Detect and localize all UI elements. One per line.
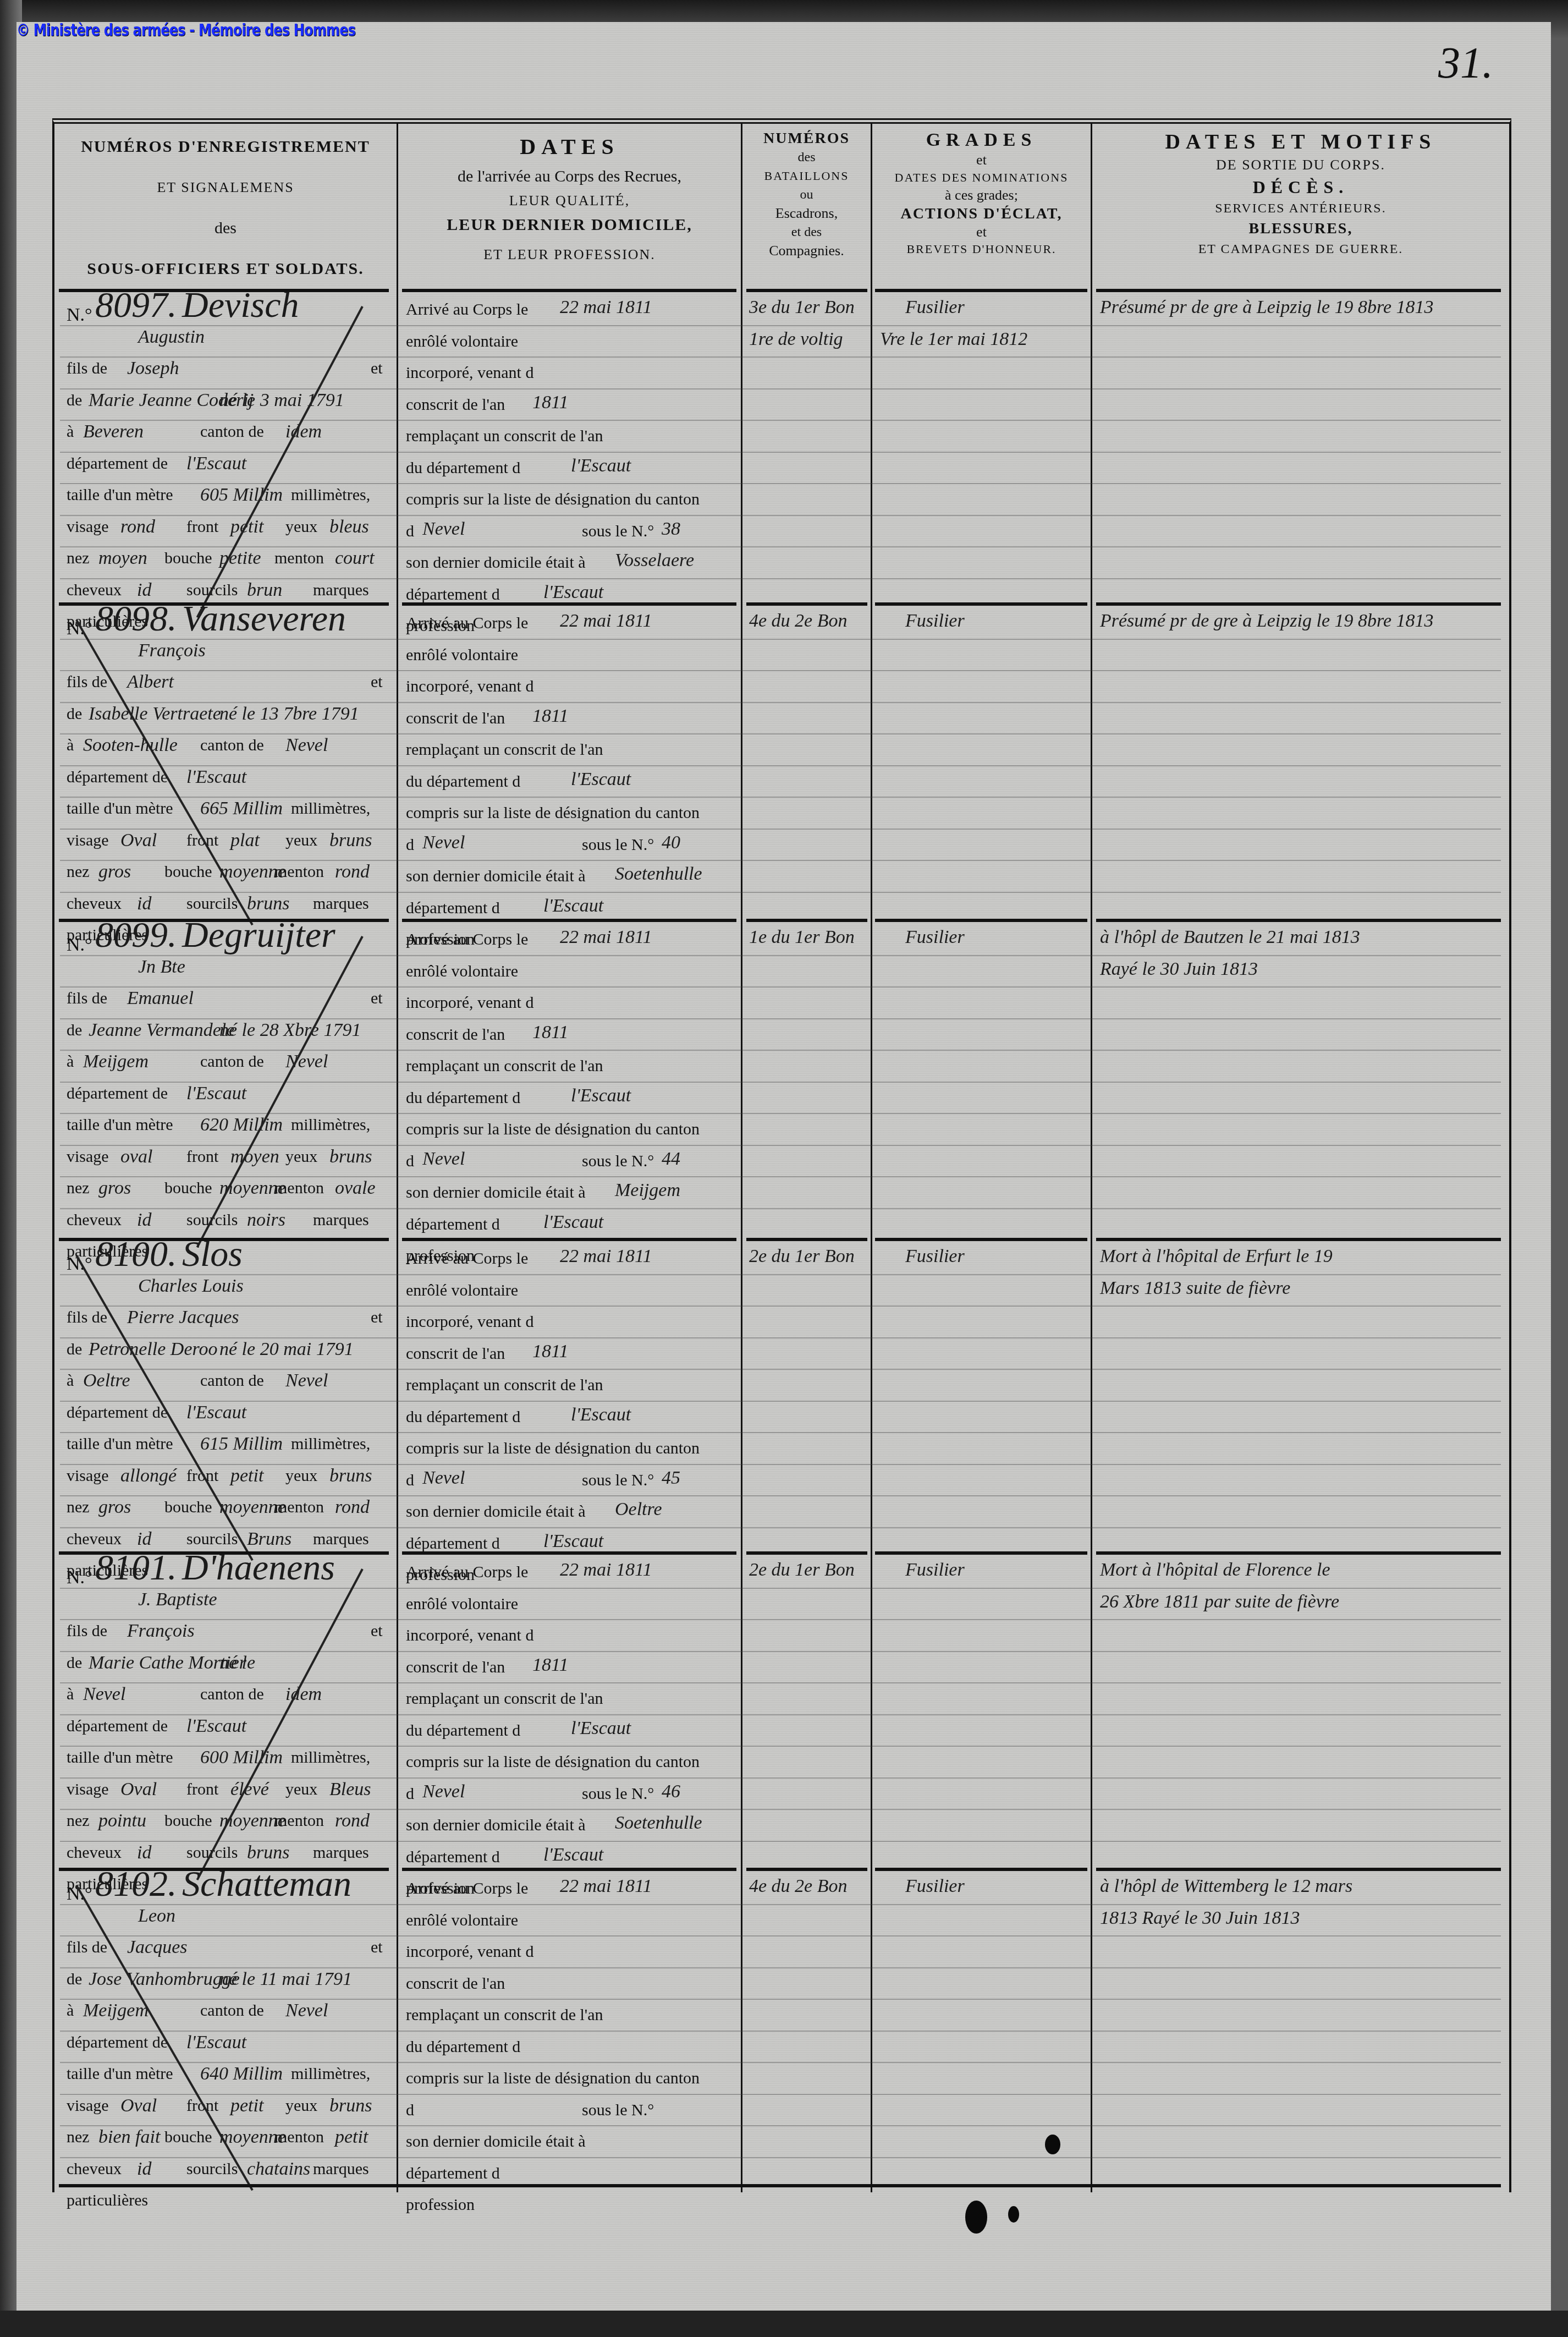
grade-cell: FusilierVre le 1er mai 1812 (872, 289, 1091, 602)
label-particulieres: particulières (67, 2191, 148, 2210)
table-row: N.°8099.DegruijterJn Btefils deEmanuelet… (54, 919, 1509, 1232)
label-domicile-department: département d (406, 585, 500, 605)
grade-cell: Fusilier (872, 1551, 1091, 1865)
label-de: de (67, 1653, 82, 1673)
last-domicile: Oeltre (615, 1500, 662, 1519)
label-et: et (371, 989, 383, 1008)
replaced-department: l'Escaut (571, 1405, 631, 1425)
label-conscript: conscrit de l'an (406, 1344, 505, 1364)
label-canton: canton de (200, 736, 264, 755)
label-department: département de (67, 767, 168, 787)
label-menton: menton (274, 1497, 324, 1517)
label-replacing: remplaçant un conscrit de l'an (406, 1689, 603, 1709)
yeux: bruns (329, 1466, 372, 1486)
arrival-date: 22 mai 1811 (560, 298, 652, 317)
label-cheveux: cheveux (67, 894, 122, 914)
last-domicile: Soetenhulle (615, 1813, 702, 1833)
label-designation-list: compris sur la liste de désignation du c… (406, 1752, 700, 1772)
label-yeux: yeux (285, 831, 317, 851)
number-label: N.° (67, 305, 92, 325)
replaced-department: l'Escaut (571, 456, 631, 476)
table-row: N.°8100.SlosCharles Louisfils dePierre J… (54, 1238, 1509, 1551)
register-table: NUMÉROS D'ENREGISTREMENT ET SIGNALEMENS … (52, 118, 1511, 2192)
arrival-date: 22 mai 1811 (560, 1560, 652, 1580)
soldier-description-cell: N.°8099.DegruijterJn Btefils deEmanuelet… (54, 919, 397, 1232)
arrival-date: 22 mai 1811 (560, 611, 652, 631)
label-nez: nez (67, 548, 90, 568)
battalion-cell: 4e du 2e Bon (742, 602, 871, 916)
grade-cell: Fusilier (872, 1868, 1091, 2181)
grade: Fusilier (905, 298, 965, 317)
replaced-department: l'Escaut (571, 1086, 631, 1106)
label-canton: canton de (200, 1052, 264, 1072)
label-yeux: yeux (285, 1466, 317, 1486)
grade-cell: Fusilier (872, 919, 1091, 1232)
domicile-department: l'Escaut (543, 1213, 603, 1232)
father-name: Albert (127, 672, 174, 692)
height: 605 Millim (200, 485, 283, 505)
given-name: François (138, 641, 206, 661)
label-yeux: yeux (285, 1147, 317, 1167)
conscript-year: 1811 (532, 1023, 568, 1043)
father-name: Emanuel (127, 989, 194, 1008)
list-canton: Nevel (422, 833, 465, 853)
birth-date: né le 11 mai 1791 (219, 1970, 352, 1989)
label-designation-list: compris sur la liste de désignation du c… (406, 1439, 700, 1458)
label-arrived: Arrivé au Corps le (406, 1879, 528, 1899)
battalion-cell: 2e du 1er Bon (742, 1238, 871, 1551)
label-cheveux: cheveux (67, 1843, 122, 1863)
exit-reason: Présumé pr de gre à Leipzig le 19 8bre 1… (1100, 298, 1434, 317)
label-d: d (406, 1784, 414, 1804)
birth-date: né le 28 Xbre 1791 (219, 1021, 361, 1040)
list-number: 45 (662, 1468, 680, 1488)
label-domicile-department: département d (406, 898, 500, 918)
yeux: Bleus (329, 1780, 371, 1800)
mother-name: Jose Vanhombrugge (89, 1970, 240, 1989)
label-de: de (67, 704, 82, 724)
label-a: à (67, 1052, 74, 1072)
label-menton: menton (274, 1811, 324, 1831)
birth-date: né le 3 mai 1791 (219, 391, 344, 410)
birth-place: Oeltre (83, 1371, 130, 1391)
label-profession: profession (406, 2195, 475, 2215)
label-millimetres: millimètres, (291, 2064, 370, 2084)
label-from-department: du département d (406, 2037, 520, 2057)
copyright-watermark: © Ministère des armées - Mémoire des Hom… (16, 21, 355, 40)
menton: petit (335, 2127, 368, 2147)
replaced-department: l'Escaut (571, 1719, 631, 1738)
conscript-year: 1811 (532, 1655, 568, 1675)
birth-place: Beveren (83, 422, 144, 442)
nez: gros (98, 862, 131, 882)
birth-date: né le (219, 1653, 255, 1673)
number-label: N.° (67, 935, 92, 955)
label-marques: marques (313, 1843, 369, 1863)
battalion-company: 4e du 2e Bon (749, 611, 847, 631)
label-replacing: remplaçant un conscrit de l'an (406, 2005, 603, 2025)
label-nez: nez (67, 862, 90, 882)
soldier-surname: Slos (182, 1244, 243, 1264)
nez: bien fait (98, 2127, 160, 2147)
list-canton: Nevel (422, 1468, 465, 1488)
nez: moyen (98, 548, 147, 568)
label-height: taille d'un mètre (67, 1115, 173, 1135)
battalion-company-line2: 1re de voltig (749, 330, 843, 349)
label-menton: menton (274, 1178, 324, 1198)
height: 615 Millim (200, 1434, 283, 1454)
given-name: Charles Louis (138, 1276, 244, 1296)
label-arrived: Arrivé au Corps le (406, 613, 528, 633)
label-millimetres: millimètres, (291, 485, 370, 505)
label-list-number: sous le N.° (582, 2100, 654, 2120)
number-label: N.° (67, 1254, 92, 1274)
exit-reason: Présumé pr de gre à Leipzig le 19 8bre 1… (1100, 611, 1434, 631)
label-arrived: Arrivé au Corps le (406, 300, 528, 320)
exit-reason: Mort à l'hôpital de Erfurt le 19 (1100, 1247, 1333, 1266)
label-a: à (67, 736, 74, 755)
registration-number: 8097. (95, 295, 177, 315)
label-fils-de: fils de (67, 1938, 107, 1957)
header-exit-reasons: DATES ET MOTIFS DE SORTIE DU CORPS. DÉCÈ… (1092, 124, 1509, 289)
label-visage: visage (67, 831, 109, 851)
yeux: bruns (329, 831, 372, 851)
list-number: 44 (662, 1149, 680, 1169)
label-domicile-department: département d (406, 1215, 500, 1235)
sourcils: noirs (247, 1210, 285, 1230)
label-from-department: du département d (406, 772, 520, 792)
battalion-cell: 2e du 1er Bon (742, 1551, 871, 1865)
label-conscript: conscrit de l'an (406, 1974, 505, 1994)
mother-name: Jeanne Vermandele (89, 1021, 234, 1040)
arrival-cell: Arrivé au Corps le22 mai 1811enrôlé volo… (398, 919, 741, 1232)
label-enrolled: enrôlé volontaire (406, 1281, 518, 1301)
registration-number: 8098. (95, 609, 177, 629)
label-domicile: son dernier domicile était à (406, 866, 586, 886)
visage: Oval (120, 1780, 157, 1800)
table-row: N.°8097.DevischAugustinfils deJosephetde… (54, 289, 1509, 602)
label-millimetres: millimètres, (291, 799, 370, 819)
label-de: de (67, 1970, 82, 1989)
list-canton: Nevel (422, 1149, 465, 1169)
number-label: N.° (67, 619, 92, 639)
label-bouche: bouche (164, 862, 212, 882)
battalion-cell: 4e du 2e Bon (742, 1868, 871, 2181)
nez: gros (98, 1497, 131, 1517)
label-replacing: remplaçant un conscrit de l'an (406, 740, 603, 760)
label-list-number: sous le N.° (582, 1151, 654, 1171)
label-yeux: yeux (285, 1780, 317, 1800)
label-front: front (186, 1780, 218, 1800)
label-cheveux: cheveux (67, 1210, 122, 1230)
label-incorporated: incorporé, venant d (406, 1312, 533, 1332)
label-department: département de (67, 1084, 168, 1104)
arrival-date: 22 mai 1811 (560, 928, 652, 947)
exit-reason-cell: à l'hôpl de Bautzen le 21 mai 1813Rayé l… (1092, 919, 1509, 1232)
replaced-department: l'Escaut (571, 770, 631, 789)
label-enrolled: enrôlé volontaire (406, 332, 518, 352)
birth-date: né le 20 mai 1791 (219, 1340, 354, 1359)
label-marques: marques (313, 2159, 369, 2179)
label-department: département de (67, 2033, 168, 2053)
label-yeux: yeux (285, 2096, 317, 2116)
front: petit (230, 1466, 263, 1486)
exit-reason-line2: Rayé le 30 Juin 1813 (1100, 959, 1258, 979)
department: l'Escaut (186, 767, 246, 787)
registration-number: 8100. (95, 1244, 177, 1264)
label-a: à (67, 2001, 74, 2021)
label-visage: visage (67, 1466, 109, 1486)
cheveux: id (137, 1529, 151, 1549)
canton: Nevel (285, 1371, 328, 1391)
birth-place: Nevel (83, 1685, 125, 1704)
table-row: N.°8098.VanseverenFrançoisfils deAlberte… (54, 602, 1509, 916)
canton: Nevel (285, 2001, 328, 2021)
label-domicile: son dernier domicile était à (406, 1815, 586, 1835)
grade: Fusilier (905, 1877, 965, 1896)
label-domicile-department: département d (406, 2164, 500, 2184)
label-sourcils: sourcils (186, 1529, 238, 1549)
label-height: taille d'un mètre (67, 485, 173, 505)
label-de: de (67, 391, 82, 410)
nez: gros (98, 1178, 131, 1198)
canton: Nevel (285, 736, 328, 755)
label-a: à (67, 1371, 74, 1391)
number-label: N.° (67, 1884, 92, 1904)
label-sourcils: sourcils (186, 2159, 238, 2179)
label-a: à (67, 1685, 74, 1704)
label-visage: visage (67, 1147, 109, 1167)
yeux: bleus (329, 517, 369, 537)
label-front: front (186, 517, 218, 537)
soldier-surname: Degruijter (182, 925, 335, 945)
label-et: et (371, 1308, 383, 1327)
label-yeux: yeux (285, 517, 317, 537)
grade-cell: Fusilier (872, 1238, 1091, 1551)
label-enrolled: enrôlé volontaire (406, 645, 518, 665)
yeux: bruns (329, 1147, 372, 1167)
father-name: François (127, 1621, 195, 1641)
label-millimetres: millimètres, (291, 1748, 370, 1768)
header-arrival-dates: DATES de l'arrivée au Corps des Recrues,… (398, 124, 741, 289)
last-domicile: Vosselaere (615, 551, 694, 570)
label-list-number: sous le N.° (582, 835, 654, 855)
label-nez: nez (67, 1497, 90, 1517)
label-fils-de: fils de (67, 1621, 107, 1641)
soldier-description-cell: N.°8101.D'haenensJ. Baptistefils deFranç… (54, 1551, 397, 1865)
list-canton: Nevel (422, 1782, 465, 1802)
mother-name: Petronelle Deroo (89, 1340, 217, 1359)
department: l'Escaut (186, 454, 246, 474)
label-fils-de: fils de (67, 672, 107, 692)
menton: rond (335, 1811, 370, 1831)
label-canton: canton de (200, 2001, 264, 2021)
label-visage: visage (67, 517, 109, 537)
table-row: N.°8101.D'haenensJ. Baptistefils deFranç… (54, 1551, 1509, 1865)
battalion-company: 2e du 1er Bon (749, 1247, 855, 1266)
header-registration-numbers: NUMÉROS D'ENREGISTREMENT ET SIGNALEMENS … (54, 124, 397, 289)
arrival-cell: Arrivé au Corps le22 mai 1811enrôlé volo… (398, 1238, 741, 1551)
label-replacing: remplaçant un conscrit de l'an (406, 1375, 603, 1395)
label-from-department: du département d (406, 1088, 520, 1108)
soldier-description-cell: N.°8098.VanseverenFrançoisfils deAlberte… (54, 602, 397, 916)
label-front: front (186, 1147, 218, 1167)
sourcils: brun (247, 580, 282, 600)
department: l'Escaut (186, 1403, 246, 1423)
label-list-number: sous le N.° (582, 1784, 654, 1804)
number-label: N.° (67, 1568, 92, 1588)
exit-reason-cell: à l'hôpl de Wittemberg le 12 mars1813 Ra… (1092, 1868, 1509, 2181)
label-enrolled: enrôlé volontaire (406, 1911, 518, 1930)
menton: rond (335, 862, 370, 882)
header-battalion-numbers: NUMÉROS des BATAILLONS ou Escadrons, et … (742, 124, 871, 289)
sourcils: bruns (247, 1843, 289, 1863)
exit-reason-cell: Présumé pr de gre à Leipzig le 19 8bre 1… (1092, 289, 1509, 602)
label-bouche: bouche (164, 548, 212, 568)
given-name: Augustin (138, 327, 205, 347)
label-et: et (371, 359, 383, 378)
department: l'Escaut (186, 1716, 246, 1736)
label-cheveux: cheveux (67, 1529, 122, 1549)
visage: oval (120, 1147, 153, 1167)
table-row: N.°8102.SchattemanLeonfils deJacquesetde… (54, 1868, 1509, 2181)
height: 640 Millim (200, 2064, 283, 2084)
department: l'Escaut (186, 1084, 246, 1104)
label-enrolled: enrôlé volontaire (406, 1594, 518, 1614)
label-millimetres: millimètres, (291, 1434, 370, 1454)
yeux: bruns (329, 2096, 372, 2116)
father-name: Jacques (127, 1938, 188, 1957)
given-name: Jn Bte (138, 957, 185, 977)
list-number: 40 (662, 833, 680, 853)
label-designation-list: compris sur la liste de désignation du c… (406, 803, 700, 823)
label-conscript: conscrit de l'an (406, 1658, 505, 1677)
ink-blot (1045, 2135, 1060, 2154)
battalion-company: 2e du 1er Bon (749, 1560, 855, 1580)
visage: Oval (120, 2096, 157, 2116)
header-grades: GRADES et DATES DES NOMINATIONS à ces gr… (872, 124, 1091, 289)
birth-place: Meijgem (83, 1052, 148, 1072)
nez: pointu (98, 1811, 146, 1831)
label-replacing: remplaçant un conscrit de l'an (406, 426, 603, 446)
domicile-department: l'Escaut (543, 583, 603, 602)
label-menton: menton (274, 548, 324, 568)
registration-number: 8101. (95, 1558, 177, 1578)
battalion-company: 3e du 1er Bon (749, 298, 855, 317)
father-name: Joseph (127, 359, 179, 378)
label-domicile: son dernier domicile était à (406, 1502, 586, 1522)
battalion-company: 4e du 2e Bon (749, 1877, 847, 1896)
label-visage: visage (67, 2096, 109, 2116)
visage: rond (120, 517, 155, 537)
soldier-description-cell: N.°8097.DevischAugustinfils deJosephetde… (54, 289, 397, 602)
label-a: à (67, 422, 74, 442)
label-d: d (406, 1151, 414, 1171)
cheveux: id (137, 1210, 151, 1230)
front: petit (230, 2096, 263, 2116)
menton: ovale (335, 1178, 376, 1198)
grade: Fusilier (905, 1560, 965, 1580)
conscript-year: 1811 (532, 393, 568, 413)
cheveux: id (137, 894, 151, 914)
conscript-year: 1811 (532, 706, 568, 726)
label-bouche: bouche (164, 1497, 212, 1517)
label-list-number: sous le N.° (582, 1471, 654, 1490)
grade-line2: Vre le 1er mai 1812 (880, 330, 1027, 349)
label-department: département de (67, 1716, 168, 1736)
list-canton: Nevel (422, 519, 465, 539)
last-domicile: Soetenhulle (615, 864, 702, 884)
label-d: d (406, 1471, 414, 1490)
label-fils-de: fils de (67, 989, 107, 1008)
birth-place: Meijgem (83, 2001, 148, 2021)
visage: Oval (120, 831, 157, 851)
given-name: J. Baptiste (138, 1590, 217, 1610)
cheveux: id (137, 2159, 151, 2179)
label-domicile: son dernier domicile était à (406, 2132, 586, 2152)
label-nez: nez (67, 1811, 90, 1831)
soldier-surname: Schatteman (182, 1874, 351, 1894)
soldier-surname: Devisch (182, 295, 299, 315)
front: plat (230, 831, 260, 851)
label-replacing: remplaçant un conscrit de l'an (406, 1056, 603, 1076)
label-bouche: bouche (164, 1811, 212, 1831)
exit-reason: à l'hôpl de Wittemberg le 12 mars (1100, 1877, 1352, 1896)
label-incorporated: incorporé, venant d (406, 1942, 533, 1962)
soldier-surname: Vanseveren (182, 609, 346, 629)
birth-place: Sooten-hulle (83, 736, 178, 755)
table-bottom-rule (59, 2184, 1501, 2187)
label-de: de (67, 1021, 82, 1040)
label-domicile-department: département d (406, 1534, 500, 1554)
visage: allongé (120, 1466, 177, 1486)
arrival-cell: Arrivé au Corps le22 mai 1811enrôlé volo… (398, 1551, 741, 1865)
label-domicile: son dernier domicile était à (406, 1183, 586, 1203)
label-height: taille d'un mètre (67, 1748, 173, 1768)
label-d: d (406, 2100, 414, 2120)
registration-number: 8099. (95, 925, 177, 945)
exit-reason: à l'hôpl de Bautzen le 21 mai 1813 (1100, 928, 1360, 947)
label-from-department: du département d (406, 1721, 520, 1741)
label-canton: canton de (200, 422, 264, 442)
label-designation-list: compris sur la liste de désignation du c… (406, 2069, 700, 2088)
list-number: 38 (662, 519, 680, 539)
cheveux: id (137, 1843, 151, 1863)
arrival-date: 22 mai 1811 (560, 1877, 652, 1896)
label-marques: marques (313, 1210, 369, 1230)
exit-reason-cell: Mort à l'hôpital de Erfurt le 19Mars 181… (1092, 1238, 1509, 1551)
sourcils: chatains (247, 2159, 310, 2179)
label-arrived: Arrivé au Corps le (406, 930, 528, 950)
label-conscript: conscrit de l'an (406, 1025, 505, 1045)
menton: rond (335, 1497, 370, 1517)
arrival-date: 22 mai 1811 (560, 1247, 652, 1266)
department: l'Escaut (186, 2033, 246, 2053)
arrival-cell: Arrivé au Corps le22 mai 1811enrôlé volo… (398, 289, 741, 602)
label-canton: canton de (200, 1371, 264, 1391)
label-domicile-department: département d (406, 1847, 500, 1867)
birth-date: né le 13 7bre 1791 (219, 704, 359, 724)
front: moyen (230, 1147, 279, 1167)
label-menton: menton (274, 862, 324, 882)
grade: Fusilier (905, 611, 965, 631)
sourcils: bruns (247, 894, 289, 914)
label-arrived: Arrivé au Corps le (406, 1562, 528, 1582)
label-fils-de: fils de (67, 1308, 107, 1327)
exit-reason-line2: 26 Xbre 1811 par suite de fièvre (1100, 1592, 1339, 1612)
height: 665 Millim (200, 799, 283, 819)
label-arrived: Arrivé au Corps le (406, 1249, 528, 1269)
